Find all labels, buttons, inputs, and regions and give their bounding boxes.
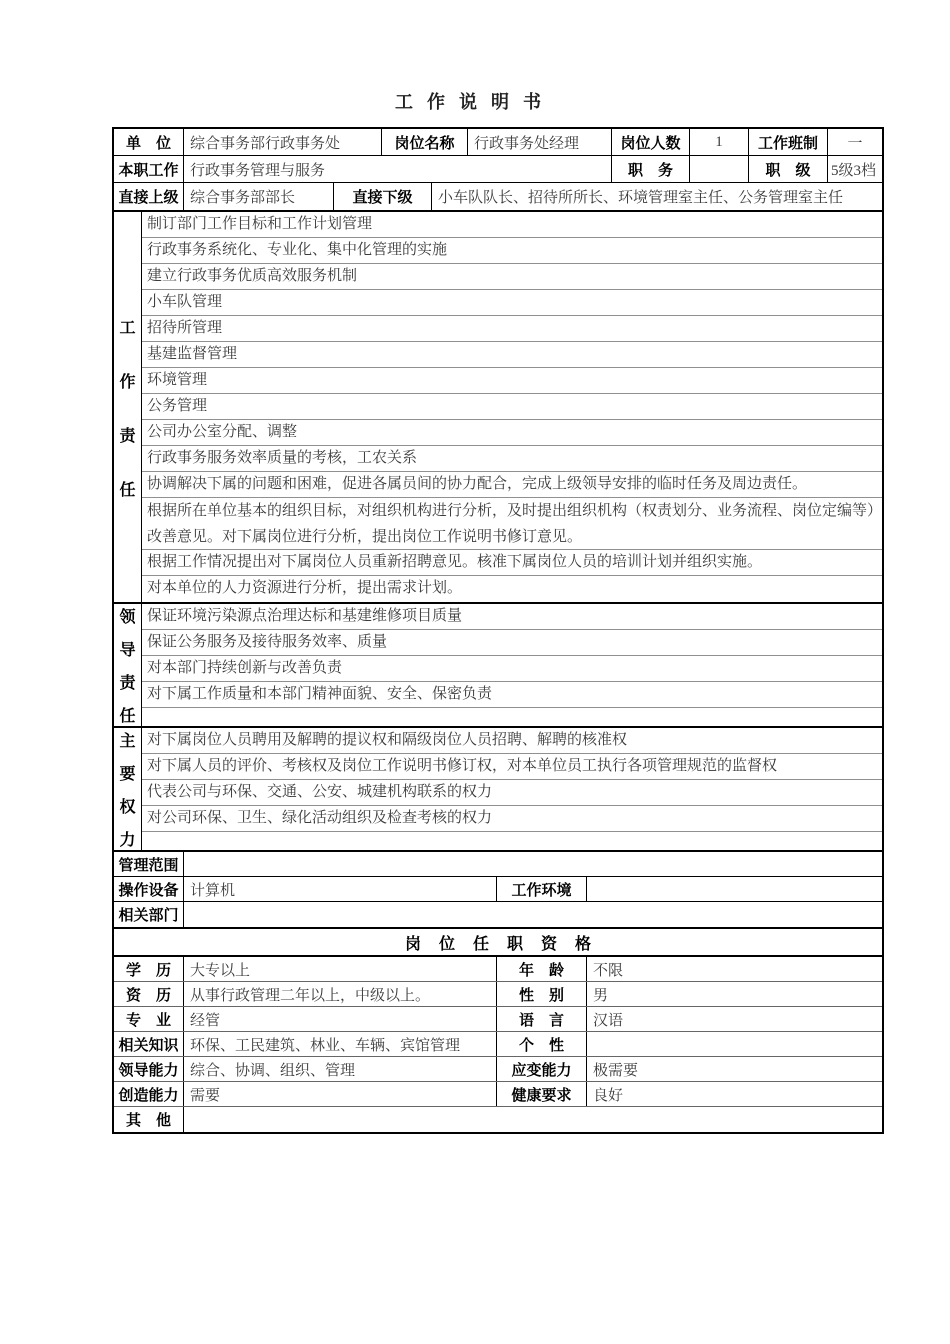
management-scope-value: [184, 852, 882, 876]
vlabel-char: 责: [119, 670, 135, 693]
empty-row: [142, 708, 882, 726]
environment-value: [587, 877, 882, 901]
main-powers-list: 对下属岗位人员聘用及解聘的提议权和隔级岗位人员招聘、解聘的核准权 对下属人员的评…: [142, 728, 882, 850]
other-row: 其 他: [114, 1107, 882, 1132]
work-duties-section-label: 工 作 责 任: [114, 212, 142, 602]
unit-value: 综合事务部行政事务处: [184, 129, 382, 155]
vlabel-char: 权: [119, 794, 135, 817]
vlabel-char: 主: [119, 728, 135, 751]
shift-value: 一: [828, 129, 882, 155]
work-duty-item: 协调解决下属的问题和困难，促进各属员间的协力配合，完成上级领导安排的临时任务及周…: [142, 472, 882, 498]
management-scope-row: 管理范围: [114, 852, 882, 877]
creativity-label: 创造能力: [114, 1082, 184, 1106]
qualification-row: 领导能力 综合、协调、组织、管理 应变能力 极需要: [114, 1057, 882, 1082]
job-description-table: 单 位 综合事务部行政事务处 岗位名称 行政事务处经理 岗位人数 1 工作班制 …: [112, 127, 884, 1134]
document-page: 工作说明书 单 位 综合事务部行政事务处 岗位名称 行政事务处经理 岗位人数 1…: [0, 0, 950, 1344]
work-duty-item: 对本单位的人力资源进行分析，提出需求计划。: [142, 576, 882, 602]
work-duty-item: 公司办公室分配、调整: [142, 420, 882, 446]
main-power-item: 对公司环保、卫生、绿化活动组织及检查考核的权力: [142, 806, 882, 832]
work-duty-item: 基建监督管理: [142, 342, 882, 368]
main-job-label: 本职工作: [114, 156, 184, 182]
vlabel-char: 作: [119, 369, 135, 392]
personality-value: [587, 1032, 882, 1056]
age-label: 年 龄: [497, 957, 587, 981]
header-row-3: 直接上级 综合事务部部长 直接下级 小车队队长、招待所所长、环境管理室主任、公务…: [114, 183, 882, 210]
main-powers-section-label: 主 要 权 力: [114, 728, 142, 850]
vlabel-char: 力: [119, 827, 135, 850]
post-name-label: 岗位名称: [382, 129, 468, 155]
qualification-row: 创造能力 需要 健康要求 良好: [114, 1082, 882, 1107]
main-power-item: 代表公司与环保、交通、公安、城建机构联系的权力: [142, 780, 882, 806]
work-duty-item: 小车队管理: [142, 290, 882, 316]
main-power-item: 对下属岗位人员聘用及解聘的提议权和隔级岗位人员招聘、解聘的核准权: [142, 728, 882, 754]
gender-label: 性 别: [497, 982, 587, 1006]
work-duty-item: 根据所在单位基本的组织目标，对组织机构进行分析，及时提出组织机构（权责划分、业务…: [142, 498, 882, 550]
duty-value: [690, 156, 749, 182]
related-departments-row: 相关部门: [114, 902, 882, 927]
personality-label: 个 性: [497, 1032, 587, 1056]
work-duty-item: 行政事务系统化、专业化、集中化管理的实施: [142, 238, 882, 264]
health-value: 良好: [587, 1082, 882, 1106]
leadership-duties-section: 领 导 责 任 保证环境污染源点治理达标和基建维修项目质量 保证公务服务及接待服…: [114, 604, 882, 728]
empty-row: [142, 832, 882, 850]
major-value: 经管: [184, 1007, 497, 1031]
health-label: 健康要求: [497, 1082, 587, 1106]
related-departments-value: [184, 902, 882, 927]
equipment-value: 计算机: [184, 877, 497, 901]
rank-value: 5级3档: [828, 156, 882, 182]
post-name-value: 行政事务处经理: [468, 129, 612, 155]
gender-value: 男: [587, 982, 882, 1006]
main-powers-section: 主 要 权 力 对下属岗位人员聘用及解聘的提议权和隔级岗位人员招聘、解聘的核准权…: [114, 728, 882, 852]
equipment-label: 操作设备: [114, 877, 184, 901]
leadership-duties-list: 保证环境污染源点治理达标和基建维修项目质量 保证公务服务及接待服务效率、质量 对…: [142, 604, 882, 726]
work-duty-item: 公务管理: [142, 394, 882, 420]
qualification-block: 学 历 大专以上 年 龄 不限 资 历 从事行政管理二年以上，中级以上。 性 别…: [114, 957, 882, 1132]
work-duty-item: 招待所管理: [142, 316, 882, 342]
management-block: 管理范围 操作设备 计算机 工作环境 相关部门: [114, 852, 882, 929]
vlabel-char: 要: [119, 761, 135, 784]
qualification-row: 相关知识 环保、工民建筑、林业、车辆、宾馆管理 个 性: [114, 1032, 882, 1057]
leadership-duty-item: 对下属工作质量和本部门精神面貌、安全、保密负责: [142, 682, 882, 708]
main-job-value: 行政事务管理与服务: [184, 156, 612, 182]
equipment-environment-row: 操作设备 计算机 工作环境: [114, 877, 882, 902]
language-value: 汉语: [587, 1007, 882, 1031]
vlabel-char: 领: [119, 604, 135, 627]
vlabel-char: 工: [119, 315, 135, 338]
language-label: 语 言: [497, 1007, 587, 1031]
leadership-duties-section-label: 领 导 责 任: [114, 604, 142, 726]
other-label: 其 他: [114, 1107, 184, 1132]
work-duty-item: 根据工作情况提出对下属岗位人员重新招聘意见。核准下属岗位人员的培训计划并组织实施…: [142, 550, 882, 576]
header-row-1: 单 位 综合事务部行政事务处 岗位名称 行政事务处经理 岗位人数 1 工作班制 …: [114, 129, 882, 156]
related-knowledge-value: 环保、工民建筑、林业、车辆、宾馆管理: [184, 1032, 497, 1056]
work-duties-list: 制订部门工作目标和工作计划管理 行政事务系统化、专业化、集中化管理的实施 建立行…: [142, 212, 882, 602]
header-row-2: 本职工作 行政事务管理与服务 职 务 职 级 5级3档: [114, 156, 882, 183]
adaptability-label: 应变能力: [497, 1057, 587, 1081]
education-label: 学 历: [114, 957, 184, 981]
superior-label: 直接上级: [114, 183, 184, 210]
work-duties-section: 工 作 责 任 制订部门工作目标和工作计划管理 行政事务系统化、专业化、集中化管…: [114, 212, 882, 604]
subordinate-label: 直接下级: [334, 183, 432, 210]
leadership-duty-item: 对本部门持续创新与改善负责: [142, 656, 882, 682]
leadership-ability-label: 领导能力: [114, 1057, 184, 1081]
major-label: 专 业: [114, 1007, 184, 1031]
work-duty-item: 建立行政事务优质高效服务机制: [142, 264, 882, 290]
experience-value: 从事行政管理二年以上，中级以上。: [184, 982, 497, 1006]
vlabel-char: 任: [119, 703, 135, 726]
subordinate-value: 小车队队长、招待所所长、环境管理室主任、公务管理室主任: [432, 183, 882, 210]
related-knowledge-label: 相关知识: [114, 1032, 184, 1056]
education-value: 大专以上: [184, 957, 497, 981]
rank-label: 职 级: [749, 156, 828, 182]
related-departments-label: 相关部门: [114, 902, 184, 927]
work-duty-item: 环境管理: [142, 368, 882, 394]
shift-label: 工作班制: [749, 129, 828, 155]
qualification-title-block: 岗位任职资格: [114, 929, 882, 957]
headcount-label: 岗位人数: [612, 129, 690, 155]
work-duty-item: 制订部门工作目标和工作计划管理: [142, 212, 882, 238]
experience-label: 资 历: [114, 982, 184, 1006]
headcount-value: 1: [690, 129, 749, 155]
main-power-item: 对下属人员的评价、考核权及岗位工作说明书修订权，对本单位员工执行各项管理规范的监…: [142, 754, 882, 780]
leadership-ability-value: 综合、协调、组织、管理: [184, 1057, 497, 1081]
vlabel-char: 任: [119, 477, 135, 500]
page-title: 工作说明书: [0, 88, 950, 114]
qualification-row: 学 历 大专以上 年 龄 不限: [114, 957, 882, 982]
environment-label: 工作环境: [497, 877, 587, 901]
vlabel-char: 责: [119, 423, 135, 446]
leadership-duty-item: 保证环境污染源点治理达标和基建维修项目质量: [142, 604, 882, 630]
qualification-row: 资 历 从事行政管理二年以上，中级以上。 性 别 男: [114, 982, 882, 1007]
vlabel-char: 导: [119, 637, 135, 660]
header-block: 单 位 综合事务部行政事务处 岗位名称 行政事务处经理 岗位人数 1 工作班制 …: [114, 129, 882, 212]
age-value: 不限: [587, 957, 882, 981]
work-duty-item: 行政事务服务效率质量的考核，工农关系: [142, 446, 882, 472]
creativity-value: 需要: [184, 1082, 497, 1106]
superior-value: 综合事务部部长: [184, 183, 334, 210]
leadership-duty-item: 保证公务服务及接待服务效率、质量: [142, 630, 882, 656]
unit-label: 单 位: [114, 129, 184, 155]
other-value: [184, 1107, 882, 1132]
management-scope-label: 管理范围: [114, 852, 184, 876]
adaptability-value: 极需要: [587, 1057, 882, 1081]
qualification-title: 岗位任职资格: [114, 929, 882, 955]
duty-label: 职 务: [612, 156, 690, 182]
qualification-row: 专 业 经管 语 言 汉语: [114, 1007, 882, 1032]
